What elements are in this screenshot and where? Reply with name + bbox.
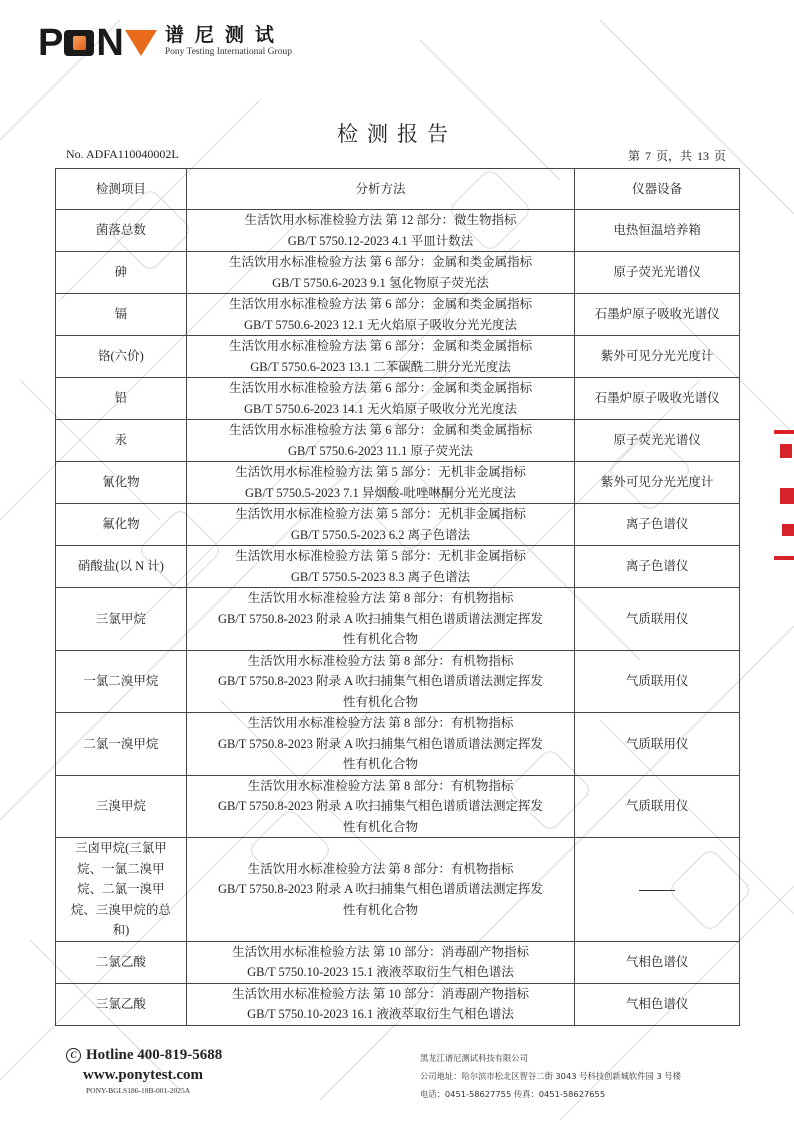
test-item: 一氯二溴甲烷 [56,650,187,713]
method-line: GB/T 5750.6-2023 11.1 原子荧光法 [190,441,571,462]
company-contact: 电话：0451-58627755 传真：0451-58627655 [420,1085,681,1103]
method: 生活饮用水标准检验方法 第 6 部分：金属和类金属指标GB/T 5750.6-2… [186,336,574,378]
method-line: 性有机化合物 [190,692,571,713]
method-line: 生活饮用水标准检验方法 第 8 部分：有机物指标 [190,651,571,672]
logo-y-icon [125,30,157,56]
instrument: 石墨炉原子吸收光谱仪 [575,294,740,336]
instrument [575,838,740,942]
test-item: 二氯一溴甲烷 [56,713,187,776]
method-line: 性有机化合物 [190,817,571,838]
test-item-line: 烷、二氯一溴甲 [59,879,183,900]
method-line: GB/T 5750.5-2023 7.1 异烟酸-吡唑啉酮分光光度法 [190,483,571,504]
instrument: 石墨炉原子吸收光谱仪 [575,378,740,420]
instrument: 原子荧光光谱仪 [575,420,740,462]
logo-chinese-name: 谱尼测试 [165,24,292,46]
method-line: 生活饮用水标准检验方法 第 8 部分：有机物指标 [190,588,571,609]
table-row: 三溴甲烷 生活饮用水标准检验方法 第 8 部分：有机物指标GB/T 5750.8… [56,775,740,838]
test-item-line: 烷、一氯二溴甲 [59,859,183,880]
method: 生活饮用水标准检验方法 第 8 部分：有机物指标GB/T 5750.8-2023… [186,838,574,942]
table-row: 三氯乙酸 生活饮用水标准检验方法 第 10 部分：消毒副产物指标GB/T 575… [56,983,740,1025]
table-row: 汞 生活饮用水标准检验方法 第 6 部分：金属和类金属指标GB/T 5750.6… [56,420,740,462]
method-line: GB/T 5750.8-2023 附录 A 吹扫捕集气相色谱质谱法测定挥发 [190,671,571,692]
method-line: GB/T 5750.6-2023 13.1 二苯碳酰二肼分光光度法 [190,357,571,378]
instrument: 气相色谱仪 [575,983,740,1025]
method-line: 生活饮用水标准检验方法 第 12 部分：微生物指标 [190,210,571,231]
instrument: 气质联用仪 [575,713,740,776]
method: 生活饮用水标准检验方法 第 6 部分：金属和类金属指标GB/T 5750.6-2… [186,294,574,336]
test-item-line: 三卤甲烷(三氯甲 [59,838,183,859]
method-line: 生活饮用水标准检验方法 第 6 部分：金属和类金属指标 [190,420,571,441]
method-line: 生活饮用水标准检验方法 第 8 部分：有机物指标 [190,776,571,797]
header-test-item: 检测项目 [56,169,187,210]
table-row: 三氯甲烷 生活饮用水标准检验方法 第 8 部分：有机物指标GB/T 5750.8… [56,588,740,651]
instrument: 气质联用仪 [575,775,740,838]
method-line: GB/T 5750.6-2023 9.1 氢化物原子荧光法 [190,273,571,294]
instrument: 气质联用仪 [575,588,740,651]
method: 生活饮用水标准检验方法 第 5 部分：无机非金属指标GB/T 5750.5-20… [186,504,574,546]
method: 生活饮用水标准检验方法 第 10 部分：消毒副产物指标GB/T 5750.10-… [186,983,574,1025]
method-line: GB/T 5750.5-2023 6.2 离子色谱法 [190,525,571,546]
instrument: 原子荧光光谱仪 [575,252,740,294]
test-item: 氟化物 [56,504,187,546]
table-row: 二氯乙酸 生活饮用水标准检验方法 第 10 部分：消毒副产物指标GB/T 575… [56,941,740,983]
method: 生活饮用水标准检验方法 第 6 部分：金属和类金属指标GB/T 5750.6-2… [186,420,574,462]
hotline-text: Hotline 400-819-5688 [86,1046,222,1065]
method-line: GB/T 5750.6-2023 14.1 无火焰原子吸收分光光度法 [190,399,571,420]
logo-english-name: Pony Testing International Group [165,46,292,58]
no-instrument-dash [639,890,675,891]
header-method: 分析方法 [186,169,574,210]
test-item: 汞 [56,420,187,462]
logo-wordmark: PN [38,24,157,62]
method-line: 生活饮用水标准检验方法 第 8 部分：有机物指标 [190,859,571,880]
table-row: 菌落总数 生活饮用水标准检验方法 第 12 部分：微生物指标GB/T 5750.… [56,210,740,252]
table-row: 二氯一溴甲烷 生活饮用水标准检验方法 第 8 部分：有机物指标GB/T 5750… [56,713,740,776]
test-item: 三氯甲烷 [56,588,187,651]
method: 生活饮用水标准检验方法 第 6 部分：金属和类金属指标GB/T 5750.6-2… [186,252,574,294]
method-line: GB/T 5750.6-2023 12.1 无火焰原子吸收分光光度法 [190,315,571,336]
phone-icon: C [66,1048,81,1063]
instrument: 气相色谱仪 [575,941,740,983]
test-item: 菌落总数 [56,210,187,252]
instrument: 电热恒温培养箱 [575,210,740,252]
report-number: No. ADFA110040002L [66,147,179,162]
pony-logo: PN 谱尼测试 Pony Testing International Group [38,24,292,64]
method-line: GB/T 5750.5-2023 8.3 离子色谱法 [190,567,571,588]
report-title: 检测报告 [0,118,794,148]
company-seal-fragment [774,430,794,580]
hotline: C Hotline 400-819-5688 [66,1046,222,1065]
test-item: 二氯乙酸 [56,941,187,983]
instrument: 紫外可见分光光度计 [575,336,740,378]
company-name: 黑龙江谱尼测试科技有限公司 [420,1049,681,1067]
instrument: 紫外可见分光光度计 [575,462,740,504]
table-row: 氰化物 生活饮用水标准检验方法 第 5 部分：无机非金属指标GB/T 5750.… [56,462,740,504]
method: 生活饮用水标准检验方法 第 10 部分：消毒副产物指标GB/T 5750.10-… [186,941,574,983]
method-line: 性有机化合物 [190,900,571,921]
test-item: 砷 [56,252,187,294]
company-address: 公司地址：哈尔滨市松北区智谷二街 3043 号科技创新城软件园 3 号楼 [420,1067,681,1085]
test-methods-table: 检测项目 分析方法 仪器设备 菌落总数 生活饮用水标准检验方法 第 12 部分：… [55,168,740,1026]
test-item: 铅 [56,378,187,420]
method: 生活饮用水标准检验方法 第 12 部分：微生物指标GB/T 5750.12-20… [186,210,574,252]
page-info: 第 7 页，共 13 页 [628,147,726,164]
test-item: 镉 [56,294,187,336]
method: 生活饮用水标准检验方法 第 8 部分：有机物指标GB/T 5750.8-2023… [186,650,574,713]
table-header-row: 检测项目 分析方法 仪器设备 [56,169,740,210]
instrument: 气质联用仪 [575,650,740,713]
method: 生活饮用水标准检验方法 第 8 部分：有机物指标GB/T 5750.8-2023… [186,588,574,651]
test-item: 铬(六价) [56,336,187,378]
method: 生活饮用水标准检验方法 第 6 部分：金属和类金属指标GB/T 5750.6-2… [186,378,574,420]
instrument: 离子色谱仪 [575,504,740,546]
footer-company-info: 黑龙江谱尼测试科技有限公司 公司地址：哈尔滨市松北区智谷二街 3043 号科技创… [420,1049,681,1103]
method-line: 生活饮用水标准检验方法 第 5 部分：无机非金属指标 [190,462,571,483]
test-item: 三氯乙酸 [56,983,187,1025]
method-line: GB/T 5750.8-2023 附录 A 吹扫捕集气相色谱质谱法测定挥发 [190,609,571,630]
test-item: 三溴甲烷 [56,775,187,838]
method-line: 生活饮用水标准检验方法 第 10 部分：消毒副产物指标 [190,984,571,1005]
table-row: 镉 生活饮用水标准检验方法 第 6 部分：金属和类金属指标GB/T 5750.6… [56,294,740,336]
table-row: 氟化物 生活饮用水标准检验方法 第 5 部分：无机非金属指标GB/T 5750.… [56,504,740,546]
method: 生活饮用水标准检验方法 第 5 部分：无机非金属指标GB/T 5750.5-20… [186,546,574,588]
test-item: 三卤甲烷(三氯甲 烷、一氯二溴甲 烷、二氯一溴甲 烷、三溴甲烷的总 和) [56,838,187,942]
method-line: GB/T 5750.8-2023 附录 A 吹扫捕集气相色谱质谱法测定挥发 [190,879,571,900]
footer-contact: C Hotline 400-819-5688 www.ponytest.com … [66,1046,222,1097]
method-line: GB/T 5750.8-2023 附录 A 吹扫捕集气相色谱质谱法测定挥发 [190,796,571,817]
method-line: 生活饮用水标准检验方法 第 5 部分：无机非金属指标 [190,504,571,525]
website-link[interactable]: www.ponytest.com [83,1065,222,1085]
method: 生活饮用水标准检验方法 第 5 部分：无机非金属指标GB/T 5750.5-20… [186,462,574,504]
method-line: GB/T 5750.10-2023 16.1 液液萃取衍生气相色谱法 [190,1004,571,1025]
method-line: GB/T 5750.8-2023 附录 A 吹扫捕集气相色谱质谱法测定挥发 [190,734,571,755]
method: 生活饮用水标准检验方法 第 8 部分：有机物指标GB/T 5750.8-2023… [186,775,574,838]
table-row: 硝酸盐(以 N 计) 生活饮用水标准检验方法 第 5 部分：无机非金属指标GB/… [56,546,740,588]
method-line: 生活饮用水标准检验方法 第 10 部分：消毒副产物指标 [190,942,571,963]
method-line: 生活饮用水标准检验方法 第 6 部分：金属和类金属指标 [190,294,571,315]
table-row: 铅 生活饮用水标准检验方法 第 6 部分：金属和类金属指标GB/T 5750.6… [56,378,740,420]
table-row: 一氯二溴甲烷 生活饮用水标准检验方法 第 8 部分：有机物指标GB/T 5750… [56,650,740,713]
test-item-line: 烷、三溴甲烷的总 [59,900,183,921]
test-item: 氰化物 [56,462,187,504]
method-line: 生活饮用水标准检验方法 第 6 部分：金属和类金属指标 [190,378,571,399]
logo-o-icon [64,30,94,56]
test-item-line: 和) [59,920,183,941]
table-row: 三卤甲烷(三氯甲 烷、一氯二溴甲 烷、二氯一溴甲 烷、三溴甲烷的总 和) 生活饮… [56,838,740,942]
table-row: 铬(六价) 生活饮用水标准检验方法 第 6 部分：金属和类金属指标GB/T 57… [56,336,740,378]
method-line: 生活饮用水标准检验方法 第 8 部分：有机物指标 [190,713,571,734]
test-item: 硝酸盐(以 N 计) [56,546,187,588]
instrument: 离子色谱仪 [575,546,740,588]
method: 生活饮用水标准检验方法 第 8 部分：有机物指标GB/T 5750.8-2023… [186,713,574,776]
table-row: 砷 生活饮用水标准检验方法 第 6 部分：金属和类金属指标GB/T 5750.6… [56,252,740,294]
method-line: 生活饮用水标准检验方法 第 6 部分：金属和类金属指标 [190,252,571,273]
method-line: 生活饮用水标准检验方法 第 6 部分：金属和类金属指标 [190,336,571,357]
header-instrument: 仪器设备 [575,169,740,210]
method-line: 生活饮用水标准检验方法 第 5 部分：无机非金属指标 [190,546,571,567]
method-line: GB/T 5750.12-2023 4.1 平皿计数法 [190,231,571,252]
method-line: 性有机化合物 [190,754,571,775]
document-id: PONY-BGLS186-18B-001-2025A [86,1085,222,1097]
method-line: GB/T 5750.10-2023 15.1 液液萃取衍生气相色谱法 [190,962,571,983]
method-line: 性有机化合物 [190,629,571,650]
